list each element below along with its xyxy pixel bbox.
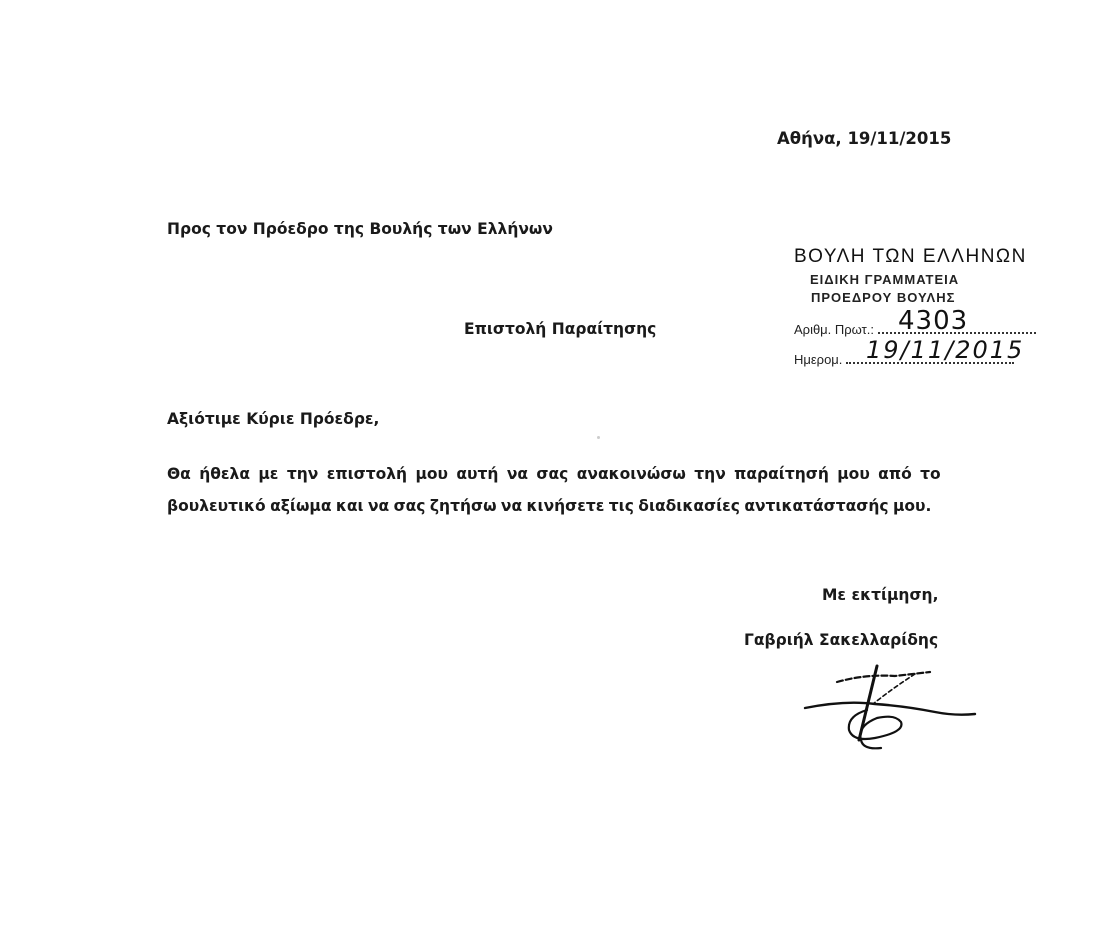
stamp-subtitle-1: ΕΙΔΙΚΗ ΓΡΑΜΜΑΤΕΙΑ [810,272,959,287]
letter-subject: Επιστολή Παραίτησης [464,320,656,338]
letter-body: Θα ήθελα με την επιστολή μου αυτή να σας… [167,458,938,522]
letter-page: Αθήνα, 19/11/2015 Προς τον Πρόεδρο της Β… [0,0,1100,951]
handwritten-stamp-date: 19/11/2015 [866,336,1024,364]
place-date: Αθήνα, 19/11/2015 [777,129,951,148]
signature-icon [795,660,985,760]
salutation: Αξιότιμε Κύριε Πρόεδρε, [167,410,379,428]
stamp-subtitle-2: ΠΡΟΕΔΡΟΥ ΒΟΥΛΗΣ [811,290,955,305]
closing: Με εκτίμηση, [822,586,938,604]
parliament-registration-stamp: ΒΟΥΛΗ ΤΩΝ ΕΛΛΗΝΩΝ ΕΙΔΙΚΗ ΓΡΑΜΜΑΤΕΙΑ ΠΡΟΕ… [780,244,1040,384]
handwritten-protocol-number: 4303 [898,306,968,336]
recipient-line: Προς τον Πρόεδρο της Βουλής των Ελλήνων [167,220,553,238]
body-line: βουλευτικό αξίωμα και να σας ζητήσω να κ… [167,490,938,522]
scan-speck [597,436,600,439]
stamp-protocol-label: Αριθμ. Πρωτ.: [794,322,874,337]
stamp-title: ΒΟΥΛΗ ΤΩΝ ΕΛΛΗΝΩΝ [794,246,1027,268]
stamp-date-label: Ημερομ. [794,352,842,367]
signer-name: Γαβριήλ Σακελλαρίδης [744,631,938,649]
body-line: Θα ήθελα με την επιστολή μου αυτή να σας… [167,458,938,490]
